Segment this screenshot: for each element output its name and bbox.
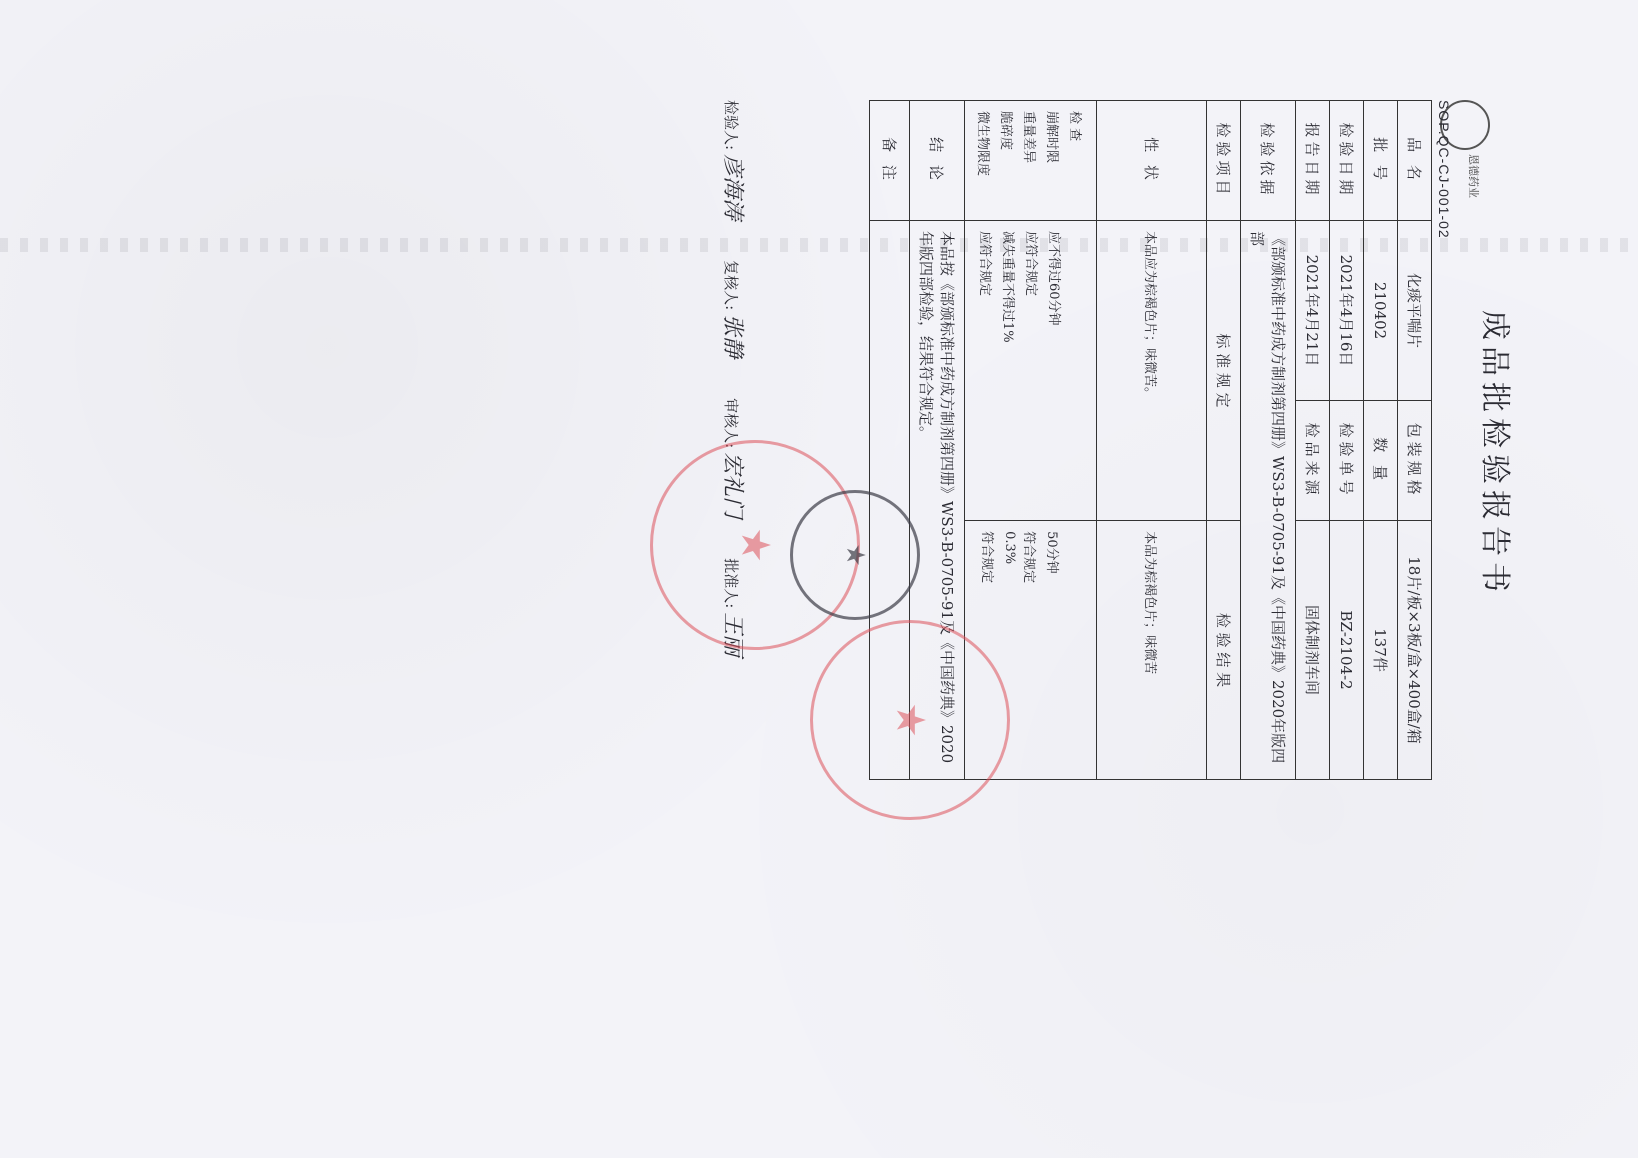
result-appearance: 本品为棕褐色片；味微苦 — [1097, 521, 1207, 780]
header-standard: 标 准 规 定 — [1207, 221, 1241, 521]
label-quantity: 数 量 — [1364, 401, 1398, 521]
label-batch: 批 号 — [1364, 101, 1398, 221]
value-sample-source: 固体制剂车间 — [1296, 521, 1330, 780]
company-name: 恩德药业 — [1466, 154, 1482, 198]
value-report-date: 2021年4月21日 — [1296, 221, 1330, 401]
standard-appearance: 本品应为棕褐色片；味微苦。 — [1097, 221, 1207, 521]
gray-stamp: ★ — [790, 490, 920, 620]
standard-friability: 减失重量不得过1% — [1000, 231, 1019, 510]
page-title: 成品批检验报告书 — [1476, 310, 1520, 598]
value-basis: 《部颁标准中药成方制剂第四册》WS3-B-0705-91及《中国药典》2020年… — [1241, 221, 1296, 780]
item-weight-variation: 重量差异 — [1021, 111, 1040, 210]
label-test-no: 检验单号 — [1330, 401, 1364, 521]
item-disintegration: 崩解时限 — [1044, 111, 1063, 210]
label-report-date: 报告日期 — [1296, 101, 1330, 221]
standard-checks: 应不得过60分钟 应符合规定 减失重量不得过1% 应符合规定 — [965, 221, 1097, 521]
header-result: 检 验 结 果 — [1207, 521, 1241, 780]
value-batch: 210402 — [1364, 221, 1398, 401]
doc-code: SOP.QC-CJ-001-02 — [1436, 100, 1452, 239]
item-appearance: 性 状 — [1097, 101, 1207, 221]
standard-disintegration: 应不得过60分钟 — [1046, 231, 1065, 510]
standard-microbial: 应符合规定 — [977, 231, 996, 510]
value-product-name: 化痰平喘片 — [1398, 221, 1432, 401]
header-item: 检验项目 — [1207, 101, 1241, 221]
value-quantity: 137件 — [1364, 521, 1398, 780]
result-disintegration: 50分钟 — [1044, 531, 1063, 769]
item-microbial: 微生物限度 — [975, 111, 994, 210]
report-page: 恩德药业 SOP.QC-CJ-001-02 成品批检验报告书 品 名 化痰平喘片… — [580, 100, 1480, 780]
label-test-date: 检验日期 — [1330, 101, 1364, 221]
label-sample-source: 检品来源 — [1296, 401, 1330, 521]
reviewer-signature: 复核人:张静 — [719, 260, 750, 358]
red-stamp-2: ★ — [810, 620, 1010, 820]
label-basis: 检验依据 — [1241, 101, 1296, 221]
standard-weight-variation: 应符合规定 — [1023, 231, 1042, 510]
label-remarks: 备 注 — [870, 101, 910, 221]
label-conclusion: 结 论 — [910, 101, 965, 221]
label-packaging: 包装规格 — [1398, 401, 1432, 521]
result-weight-variation: 符合规定 — [1021, 531, 1040, 769]
value-test-date: 2021年4月16日 — [1330, 221, 1364, 401]
item-checks: 检 查 崩解时限 重量差异 脆碎度 微生物限度 — [965, 101, 1097, 221]
value-test-no: BZ-2104-2 — [1330, 521, 1364, 780]
item-check-header: 检 查 — [1067, 111, 1086, 210]
value-packaging: 18片/板×3板/盒×400盒/箱 — [1398, 521, 1432, 780]
item-friability: 脆碎度 — [998, 111, 1017, 210]
inspector-signature: 检验人:彦海涛 — [719, 100, 750, 220]
label-product-name: 品 名 — [1398, 101, 1432, 221]
